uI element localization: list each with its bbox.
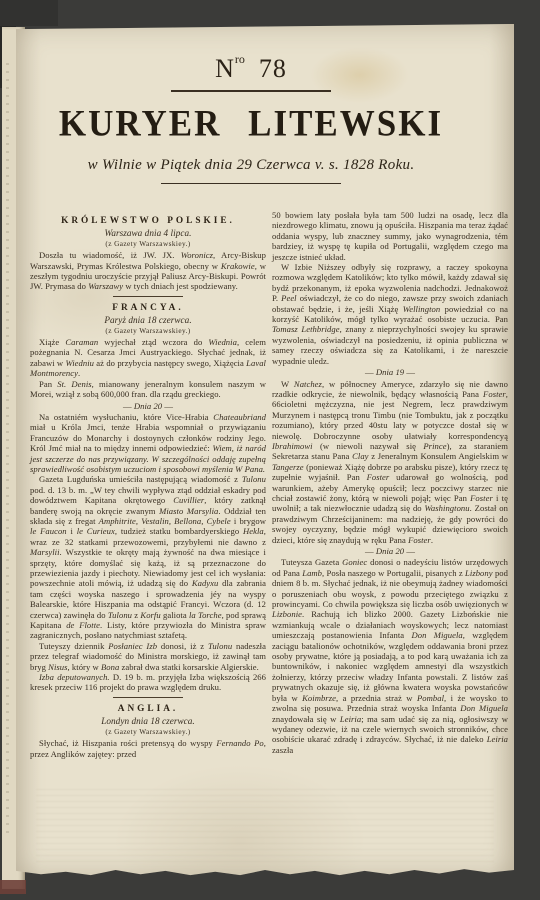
source: (z Gazety Warszawskiey.) — [30, 326, 266, 336]
article-paragraph: Izba deputowanych. D. 19 b. m. przyjęła … — [30, 672, 266, 693]
dateline: Paryż dnia 18 czerwca. — [30, 315, 266, 325]
section-divider-rule — [113, 697, 183, 698]
issue-number: Nro78 — [16, 52, 486, 84]
article-paragraph: Xiąże Caraman wyjechał ztąd wczora do Wi… — [30, 337, 266, 379]
section-header: FRANCYA. — [30, 303, 266, 313]
section-header: KRÓLEWSTWO POLSKIE. — [30, 216, 266, 226]
binding-edge-mark — [0, 880, 26, 894]
scanned-newspaper-page: { "colors": { "mount": "#3b3b39", "paper… — [0, 0, 540, 900]
issue-prefix: N — [215, 54, 235, 83]
dateline: Warszawa dnia 4 lipca. — [30, 228, 266, 238]
article-paragraph: Doszła tu wiadomość, iż JW. JX. Woronicz… — [30, 250, 266, 292]
section-divider-rule — [113, 296, 183, 297]
masthead-dateline: w Wilnie w Piątek dnia 29 Czerwca v. s. … — [16, 157, 486, 174]
article-paragraph: 50 bowiem laty posłała była tam 500 ludz… — [272, 210, 508, 262]
bleedthrough-specks — [6, 57, 9, 833]
source: (z Gazety Warszawskiey.) — [30, 239, 266, 249]
dateline: Londyn dnia 18 czerwca. — [30, 716, 266, 726]
day-header: — Dnia 20 — — [272, 546, 508, 556]
article-paragraph: Tuteyszy dziennik Posłaniec Izb donosi, … — [30, 641, 266, 672]
newspaper-sheet: Nro78 KURYER LITEWSKI w Wilnie w Piątek … — [16, 24, 514, 876]
article-paragraph: Tuteysza Gazeta Goniec donosi o nadeyści… — [272, 557, 508, 755]
article-paragraph: W Izbie Niższey odbyły się rozprawy, a r… — [272, 262, 508, 366]
scan-background-notch-top — [0, 0, 58, 26]
masthead-rule-bottom — [161, 183, 341, 184]
newspaper-title: KURYER LITEWSKI — [16, 103, 486, 145]
masthead: Nro78 KURYER LITEWSKI w Wilnie w Piątek … — [16, 52, 486, 184]
issue-value: 78 — [259, 54, 287, 83]
article-paragraph: Gazeta Lugduńska umieściła następującą w… — [30, 474, 266, 641]
column-right: 50 bowiem laty posłała była tam 500 ludz… — [272, 210, 508, 755]
article-paragraph: Pan St. Denis, mianowany jeneralnym kons… — [30, 379, 266, 400]
column-left: KRÓLEWSTWO POLSKIE.Warszawa dnia 4 lipca… — [30, 210, 266, 759]
article-paragraph: W Natchez, w północney Ameryce, zdarzyło… — [272, 379, 508, 546]
source: (z Gazety Warszawskiey.) — [30, 727, 266, 737]
day-header: — Dnia 19 — — [272, 367, 508, 377]
day-header: — Dnia 20 — — [30, 401, 266, 411]
masthead-rule-top — [171, 90, 331, 92]
article-paragraph: Na ostatniém wysłuchaniu, które Vice-Hra… — [30, 412, 266, 474]
article-columns: KRÓLEWSTWO POLSKIE.Warszawa dnia 4 lipca… — [30, 210, 508, 866]
article-paragraph: Słychać, iż Hiszpania rości pretensyą do… — [30, 738, 266, 759]
section-header: ANGLIA. — [30, 704, 266, 714]
issue-superscript: ro — [235, 52, 245, 66]
